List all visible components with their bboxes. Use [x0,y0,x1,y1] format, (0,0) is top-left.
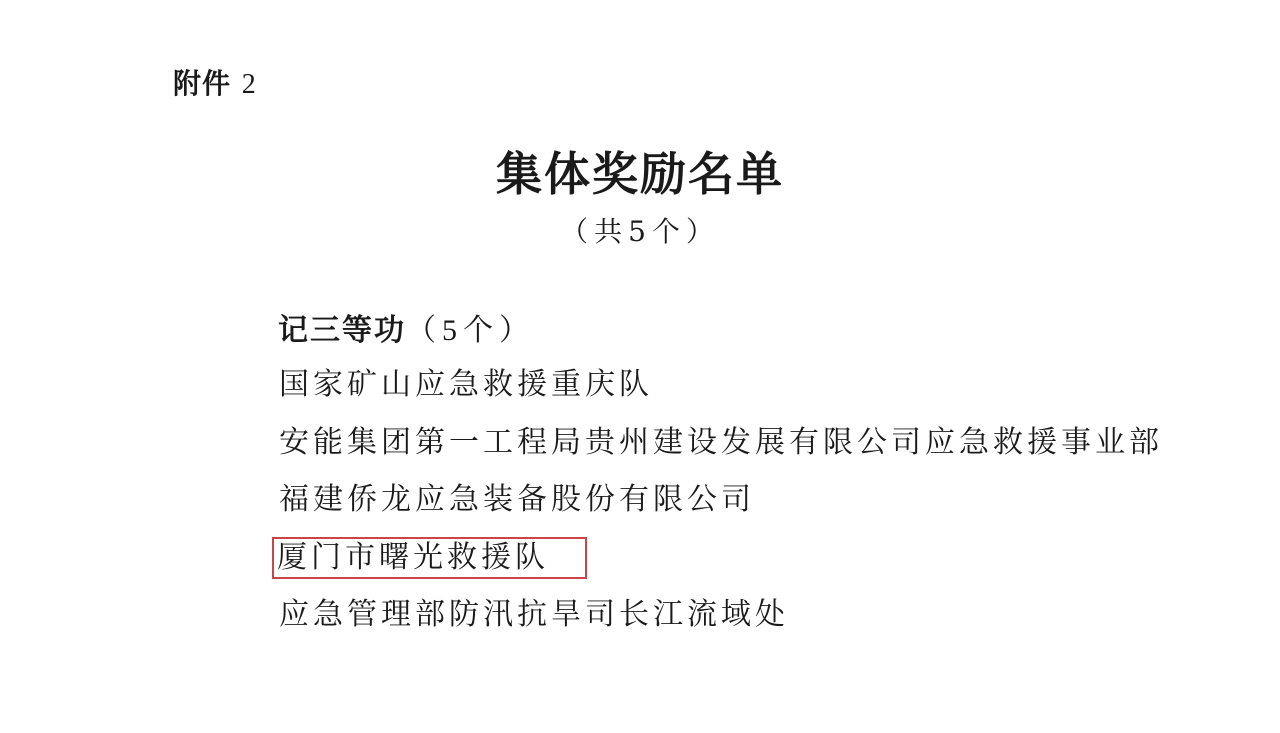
section-heading-text: 记三等功 [278,313,406,348]
list-item: 安能集团第一工程局贵州建设发展有限公司应急救援事业部 [279,420,1171,478]
attachment-label-text: 附件 [173,67,231,100]
attachment-number: 2 [242,69,257,100]
list-item-name: 应急管理部防汛抗旱司长江流域处 [275,592,793,638]
list-item-name: 安能集团第一工程局贵州建设发展有限公司应急救援事业部 [275,420,1167,466]
list-item: 福建侨龙应急装备股份有限公司 [279,477,1171,535]
list-item-name: 厦门市曙光救援队 [272,537,587,579]
list-item-name: 福建侨龙应急装备股份有限公司 [275,477,759,523]
award-list: 国家矿山应急救援重庆队 安能集团第一工程局贵州建设发展有限公司应急救援事业部 福… [279,362,1171,650]
list-item: 应急管理部防汛抗旱司长江流域处 [279,592,1171,650]
list-item-name: 国家矿山应急救援重庆队 [275,362,657,408]
section-heading: 记三等功（5个） [278,305,535,349]
document-subtitle: （共5个） [0,210,1280,250]
document-title-text: 集体奖励名单 [496,138,784,204]
section-count: （5个） [406,314,535,347]
document-title: 集体奖励名单 [0,138,1280,204]
list-item: 国家矿山应急救援重庆队 [279,362,1171,420]
list-item-highlighted: 厦门市曙光救援队 [279,535,1171,593]
attachment-label: 附件 2 [173,62,257,102]
